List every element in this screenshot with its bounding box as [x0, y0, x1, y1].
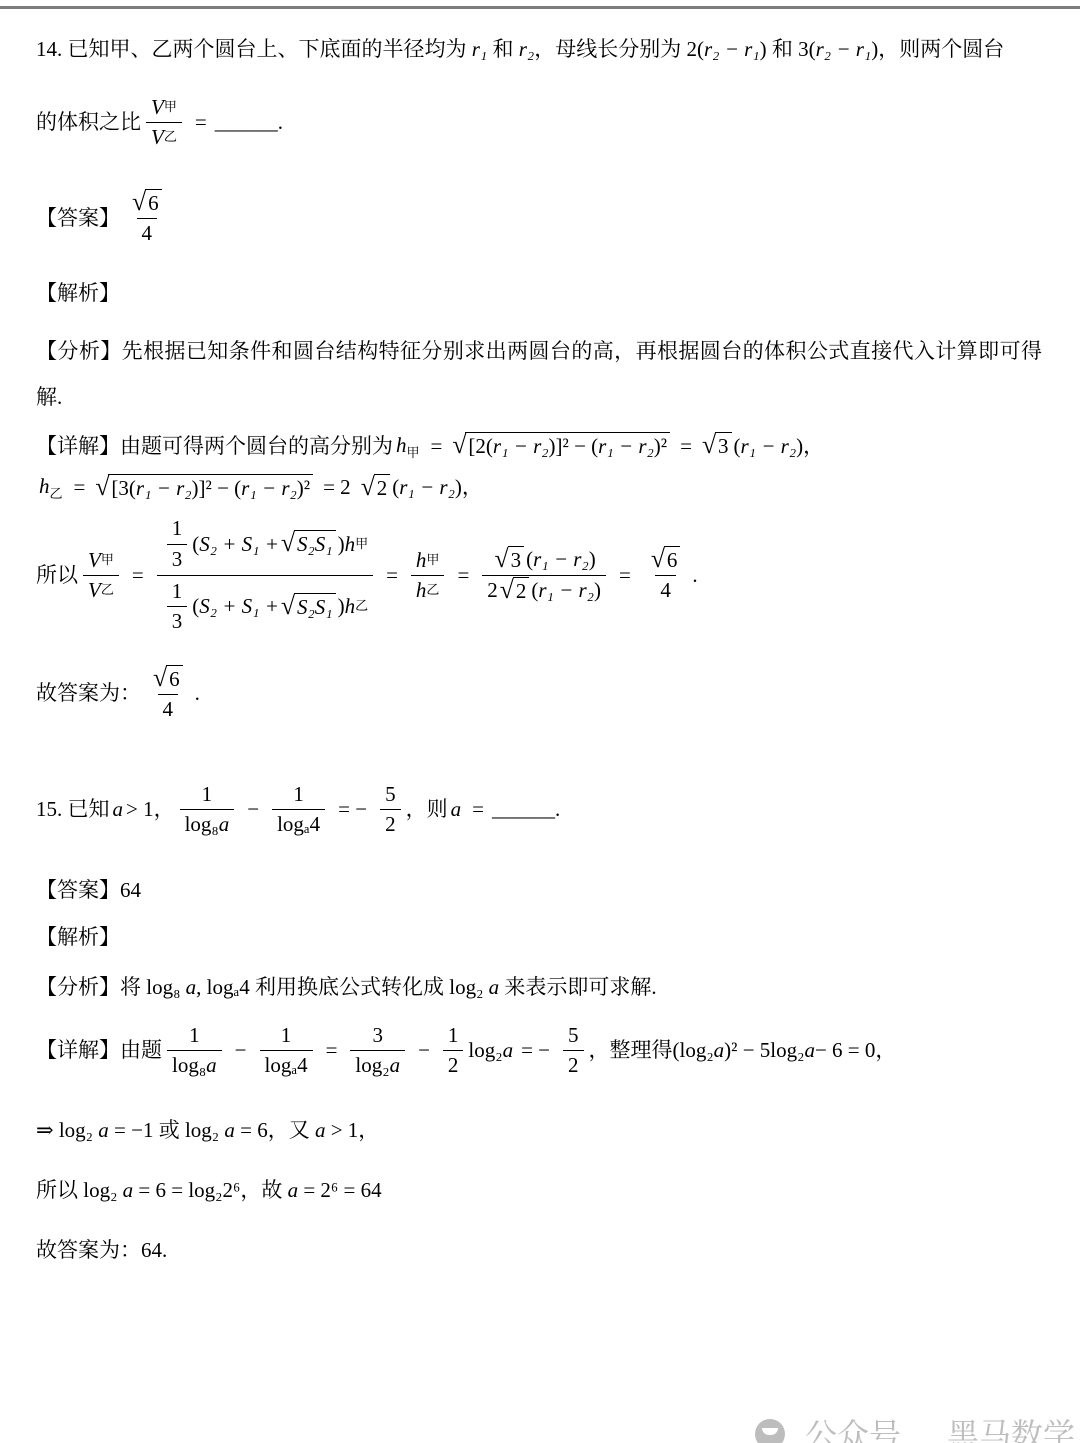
equals-sign: = — [326, 1036, 338, 1065]
q15-detail-line: 【详解】由题 1 log₈a − 1 logₐ4 = 3 log₂a − 1 2… — [36, 1021, 1042, 1081]
q15-conclusion-line: 所以 log₂ a = 6 = log₂2⁶，故 a = 2⁶ = 64 — [36, 1174, 1042, 1204]
q14-stem-text: )，则两个圆台 — [871, 37, 1004, 61]
q14-stem-text: ) 和 3( — [760, 37, 816, 61]
fraction-5-2: 5 2 — [563, 1021, 584, 1081]
paren: ( — [531, 577, 538, 604]
q14-jiexi-label: 【解析】 — [36, 279, 1042, 308]
sub-jia: 甲 — [426, 552, 439, 569]
math-expr: S₂S₁ — [297, 531, 333, 558]
watermark: 公众号 黑马数学 — [755, 1419, 1075, 1443]
var-a: a — [123, 1178, 134, 1202]
math-text: > 1， — [331, 1118, 380, 1142]
radical-icon: √ — [651, 546, 665, 572]
var-h: h — [416, 547, 427, 574]
math-num: 4 — [158, 694, 179, 724]
analysis-text: 来表示即可求解. — [504, 975, 656, 999]
var-h: h — [416, 577, 427, 604]
math-num: 6 — [166, 665, 183, 693]
math-text: (log₂ — [673, 1036, 714, 1065]
sqrt: √6 — [153, 665, 183, 693]
sqrt: √3 — [495, 546, 525, 574]
radical-icon: √ — [153, 665, 167, 691]
minus-sign: − — [247, 795, 259, 824]
equals-sign: = — [74, 473, 86, 502]
q15-stem-text: > 1， — [126, 795, 175, 824]
math-text: [2( — [468, 433, 493, 460]
q15-jiexi-label: 【解析】 — [36, 923, 1042, 952]
paren: ) — [338, 531, 345, 558]
var-a: a — [390, 1052, 401, 1079]
math-expr: S₂S₁ — [297, 594, 333, 621]
var-a: a — [714, 1036, 725, 1065]
math-num: 3 — [167, 606, 188, 636]
sqrt: √2 — [361, 474, 391, 502]
var-V: V — [151, 94, 164, 121]
math-num: 1 — [276, 1021, 297, 1050]
answer-blank: ______ — [492, 795, 555, 824]
paren: ( — [392, 473, 399, 502]
math-num: 3 — [508, 546, 525, 574]
var-a: a — [219, 811, 230, 838]
sub-jia: 甲 — [164, 99, 177, 116]
q14-stem-line2: 的体积之比 V甲 V乙 = ______ . — [36, 93, 1042, 153]
equals-sign: = — [619, 561, 631, 590]
math-num: 1 — [167, 514, 188, 543]
var-a: a — [186, 975, 197, 999]
math-expr: r₂ − r₁ — [816, 37, 872, 61]
math-text: = 2⁶ = 64 — [303, 1178, 381, 1202]
log-text: logₐ4 — [260, 1050, 313, 1080]
radical-icon: √ — [132, 189, 146, 215]
math-num: 2 — [513, 577, 530, 605]
math-expr: r₁ − r₂ — [538, 577, 594, 604]
fraction-log2: 3 log₂a — [350, 1021, 405, 1081]
equals-minus: = − — [521, 1036, 550, 1065]
math-text: )² − 5log₂ — [724, 1036, 804, 1065]
var-r2: r₂ — [519, 37, 534, 61]
analysis-text: , logₐ4 利用换底公式转化成 log₂ — [196, 975, 483, 999]
math-num: 3 — [715, 432, 732, 460]
math-expr: r₁ − r₂ — [241, 475, 297, 502]
math-text: ⇒ log₂ — [36, 1118, 93, 1142]
q14-final-answer: 故答案为： √6 4 . — [36, 664, 1042, 725]
period: . — [195, 679, 200, 708]
math-num: 2 — [563, 1050, 584, 1080]
math-num: 6 — [664, 546, 681, 574]
log-text: log₂ — [355, 1052, 389, 1079]
fraction-sqrt6-4: √6 4 — [125, 188, 169, 249]
fraction-loga4: 1 logₐ4 — [272, 780, 325, 840]
sub-yi: 乙 — [50, 486, 63, 501]
so-text: 所以 — [36, 561, 78, 590]
math-num: 5 — [380, 780, 401, 809]
minus-sign: − — [235, 1036, 247, 1065]
fraction-ratio: √3 (r₁ − r₂) 2 √2 (r₁ − r₂) — [482, 545, 606, 607]
var-a: a — [288, 1178, 299, 1202]
fraction-V: V甲 V乙 — [146, 93, 182, 153]
fraction-log8: 1 log₈a — [180, 780, 235, 840]
math-num: 1 — [443, 1021, 464, 1050]
fraction-log8: 1 log₈a — [167, 1021, 222, 1081]
var-h: h — [345, 593, 356, 620]
math-num: 1 — [197, 780, 218, 809]
sqrt: √2 — [500, 577, 530, 605]
radical-icon: √ — [500, 577, 514, 603]
q14-stem-line1: 14. 已知甲、乙两个圆台上、下底面的半径均为 r₁ 和 r₂，母线长分别为 2… — [36, 33, 1042, 67]
detail-label-text: 【详解】由题 — [36, 1036, 162, 1065]
var-a: a — [224, 1118, 235, 1142]
watermark-logo-icon — [755, 1419, 785, 1443]
math-text: = 6 = log₂2⁶，故 — [138, 1178, 282, 1202]
minus-sign: − — [418, 1036, 430, 1065]
answer-label: 【答案】 — [36, 204, 120, 233]
paren: ( — [192, 531, 199, 558]
var-V: V — [88, 577, 101, 604]
sqrt: √6 — [651, 546, 681, 574]
equals-sign: = — [472, 795, 484, 824]
math-text: = −1 或 log₂ — [114, 1118, 219, 1142]
var-a: a — [451, 795, 462, 824]
var-r1: r₁ — [472, 37, 487, 61]
q14-stem-text: 的体积之比 — [36, 108, 141, 137]
radical-icon: √ — [702, 432, 716, 458]
math-num: 3 — [167, 544, 188, 574]
math-num: 2 — [374, 474, 391, 502]
sub-jia: 甲 — [407, 445, 420, 460]
var-a: a — [113, 795, 124, 824]
radical-icon: √ — [495, 546, 509, 572]
var-h: h — [39, 474, 50, 498]
var-a: a — [315, 1118, 326, 1142]
var-a: a — [804, 1036, 815, 1065]
math-text: 所以 log₂ — [36, 1178, 117, 1202]
equals-sign: = — [386, 561, 398, 590]
math-text: )]² − ( — [549, 433, 599, 460]
radical-icon: √ — [281, 530, 295, 556]
q15-implication-line: ⇒ log₂ a = −1 或 log₂ a = 6，又 a > 1， — [36, 1114, 1042, 1144]
log-text: log₂ — [468, 1036, 502, 1065]
math-num: 2 — [380, 809, 401, 839]
q14-detail-line1: 【详解】由题可得两个圆台的高分别为 h甲 = √ [2(r₁ − r₂)]² −… — [36, 431, 1042, 462]
sqrt: √6 — [132, 189, 162, 217]
var-h: h — [396, 433, 407, 457]
log-text: logₐ4 — [272, 809, 325, 839]
q14-analysis: 【分析】先根据已知条件和圆台结构特征分别求出两圆台的高，再根据圆台的体积公式直接… — [36, 328, 1042, 420]
math-num: 2 — [443, 1050, 464, 1080]
q14-stem-text: ，母线长分别为 2( — [534, 37, 704, 61]
q15-analysis: 【分析】将 log₈ a, logₐ4 利用换底公式转化成 log₂ a 来表示… — [36, 971, 1042, 1001]
radical-icon: √ — [361, 474, 375, 500]
var-a: a — [489, 975, 500, 999]
equals-sign: = — [132, 561, 144, 590]
watermark-brand-prefix: 公众号 — [805, 1419, 901, 1443]
math-expr: r₁ − r₂ — [493, 433, 549, 460]
sub-yi: 乙 — [101, 582, 114, 599]
math-num: 1 — [288, 780, 309, 809]
analysis-text: 【分析】将 log₈ — [36, 975, 180, 999]
paren: ) — [589, 546, 596, 573]
sqrt: √ [3(r₁ − r₂)]² − (r₁ − r₂)² — [95, 474, 313, 502]
paren-comma: )， — [455, 473, 483, 502]
period: . — [555, 795, 560, 824]
var-V: V — [151, 124, 164, 151]
log-text: log₈ — [185, 811, 219, 838]
detail-text: ，整理得 — [589, 1036, 673, 1065]
math-expr: r₁ − r₂ — [136, 475, 192, 502]
q14-stem-text: 和 — [492, 37, 513, 61]
q15-stem-text: 15. 已知 — [36, 795, 110, 824]
solution-document: 14. 已知甲、乙两个圆台上、下底面的半径均为 r₁ 和 r₂，母线长分别为 2… — [0, 33, 1080, 1266]
period: . — [278, 108, 283, 137]
math-expr: r₁ − r₂ — [741, 432, 797, 461]
fraction-sqrt6-4: √6 4 — [644, 545, 688, 606]
q15-stem-text: ，则 — [406, 795, 448, 824]
math-text: = 2 — [323, 473, 351, 502]
radical-icon: √ — [281, 593, 295, 619]
answer-label: 【答案】 — [36, 878, 120, 902]
math-num: 2 — [487, 577, 498, 604]
var-a: a — [503, 1036, 514, 1065]
sqrt: √3 — [702, 432, 732, 460]
log-text: log₈ — [172, 1052, 206, 1079]
math-text: )² — [654, 433, 667, 460]
math-expr: S₂ + S₁ + — [199, 531, 279, 558]
page-top-rule — [0, 6, 1080, 9]
paren-comma: )， — [796, 432, 824, 461]
fraction-sqrt6-4: √6 4 — [146, 664, 190, 725]
paren: ) — [594, 577, 601, 604]
q15-answer: 【答案】64 — [36, 876, 1042, 905]
equals-sign: = — [457, 561, 469, 590]
paren: ( — [526, 546, 533, 573]
math-text: [3( — [111, 475, 136, 502]
math-num: 5 — [563, 1021, 584, 1050]
math-num: 1 — [167, 577, 188, 606]
math-text: = 6，又 — [240, 1118, 310, 1142]
final-answer-text: 故答案为： — [36, 679, 141, 708]
fraction-V: V甲 V乙 — [83, 546, 119, 606]
q14-stem-text: 14. 已知甲、乙两个圆台上、下底面的半径均为 — [36, 37, 467, 61]
fraction-volume-formula: 13 (S₂ + S₁ + √S₂S₁ ) h甲 13 (S₂ + S₁ + √… — [157, 513, 373, 637]
q15-stem: 15. 已知 a > 1， 1 log₈a − 1 logₐ4 = − 5 2 … — [36, 780, 1042, 840]
var-V: V — [88, 547, 101, 574]
math-expr: r₁ − r₂ — [399, 473, 455, 502]
q14-conclusion-line: 所以 V甲 V乙 = 13 (S₂ + S₁ + √S₂S₁ ) h甲 13 (… — [36, 513, 1042, 637]
sqrt: √S₂S₁ — [281, 530, 336, 558]
sub-yi: 乙 — [355, 598, 368, 615]
var-h: h — [345, 531, 356, 558]
radical-icon: √ — [452, 432, 466, 458]
math-expr: r₂ − r₁ — [704, 37, 760, 61]
math-num: 4 — [137, 218, 158, 248]
answer-value: 64 — [120, 878, 141, 902]
fraction-h: h甲 h乙 — [411, 546, 445, 606]
q15-final-answer: 故答案为：64. — [36, 1236, 1042, 1265]
math-expr: r₁ − r₂ — [598, 433, 654, 460]
paren: ( — [734, 432, 741, 461]
math-expr: r₁ − r₂ — [533, 546, 589, 573]
period: . — [692, 561, 697, 590]
math-num: 3 — [368, 1021, 389, 1050]
fraction-loga4: 1 logₐ4 — [260, 1021, 313, 1081]
sqrt: √ [2(r₁ − r₂)]² − (r₁ − r₂)² — [452, 432, 670, 460]
var-a: a — [206, 1052, 217, 1079]
q14-answer: 【答案】 √6 4 — [36, 188, 1042, 249]
sub-yi: 乙 — [426, 582, 439, 599]
math-num: 4 — [655, 575, 676, 605]
sub-jia: 甲 — [355, 536, 368, 553]
watermark-brand-name: 黑马数学 — [947, 1419, 1075, 1443]
radical-icon: √ — [95, 474, 109, 500]
fraction-1-2: 1 2 — [443, 1021, 464, 1081]
math-expr: S₂ + S₁ + — [199, 593, 279, 620]
math-text: )]² − ( — [192, 475, 242, 502]
math-text: − 6 = 0， — [815, 1036, 896, 1065]
equals-sign: = — [195, 108, 207, 137]
var-a: a — [98, 1118, 109, 1142]
equals-sign: = — [680, 432, 692, 461]
answer-blank: ______ — [215, 108, 278, 137]
detail-label-text: 【详解】由题可得两个圆台的高分别为 — [36, 432, 393, 461]
sub-jia: 甲 — [101, 552, 114, 569]
math-text: )² — [297, 475, 310, 502]
sqrt: √S₂S₁ — [281, 593, 336, 621]
sub-yi: 乙 — [164, 129, 177, 146]
math-num: 1 — [184, 1021, 205, 1050]
fraction-5-2: 5 2 — [380, 780, 401, 840]
fraction-one-third: 13 — [167, 514, 188, 574]
fraction-one-third: 13 — [167, 577, 188, 637]
paren: ) — [338, 593, 345, 620]
math-num: 6 — [145, 189, 162, 217]
equals-minus: = − — [338, 795, 367, 824]
paren: ( — [192, 593, 199, 620]
equals-sign: = — [431, 432, 443, 461]
q14-detail-line2: h乙 = √ [3(r₁ − r₂)]² − (r₁ − r₂)² = 2 √2… — [36, 472, 1042, 503]
